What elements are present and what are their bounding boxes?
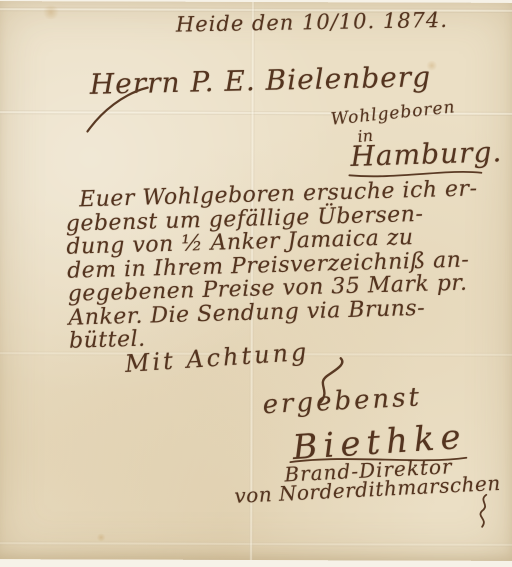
paper-stain: [96, 533, 106, 541]
recipient-name: Herrn P. E. Bielenberg: [89, 60, 431, 101]
letter-paper: Heide den 10/10. 1874. Herrn P. E. Biele…: [0, 1, 512, 561]
paper-stain: [42, 5, 60, 19]
recipient-honorific: Wohlgeboren: [330, 97, 457, 130]
end-squiggle-flourish: [474, 493, 494, 533]
fold-line-bottom: [0, 541, 512, 547]
signer-title-line2: von Norderdithmarschen: [234, 471, 501, 508]
recipient-city: Hamburg.: [350, 135, 503, 173]
valediction: ergebenst: [262, 382, 423, 420]
dateline: Heide den 10/10. 1874.: [176, 8, 448, 37]
letter-body: Euer Wohlgeboren ersuche ich er- gebenst…: [65, 177, 479, 353]
scanned-letter: Heide den 10/10. 1874. Herrn P. E. Biele…: [0, 0, 512, 567]
